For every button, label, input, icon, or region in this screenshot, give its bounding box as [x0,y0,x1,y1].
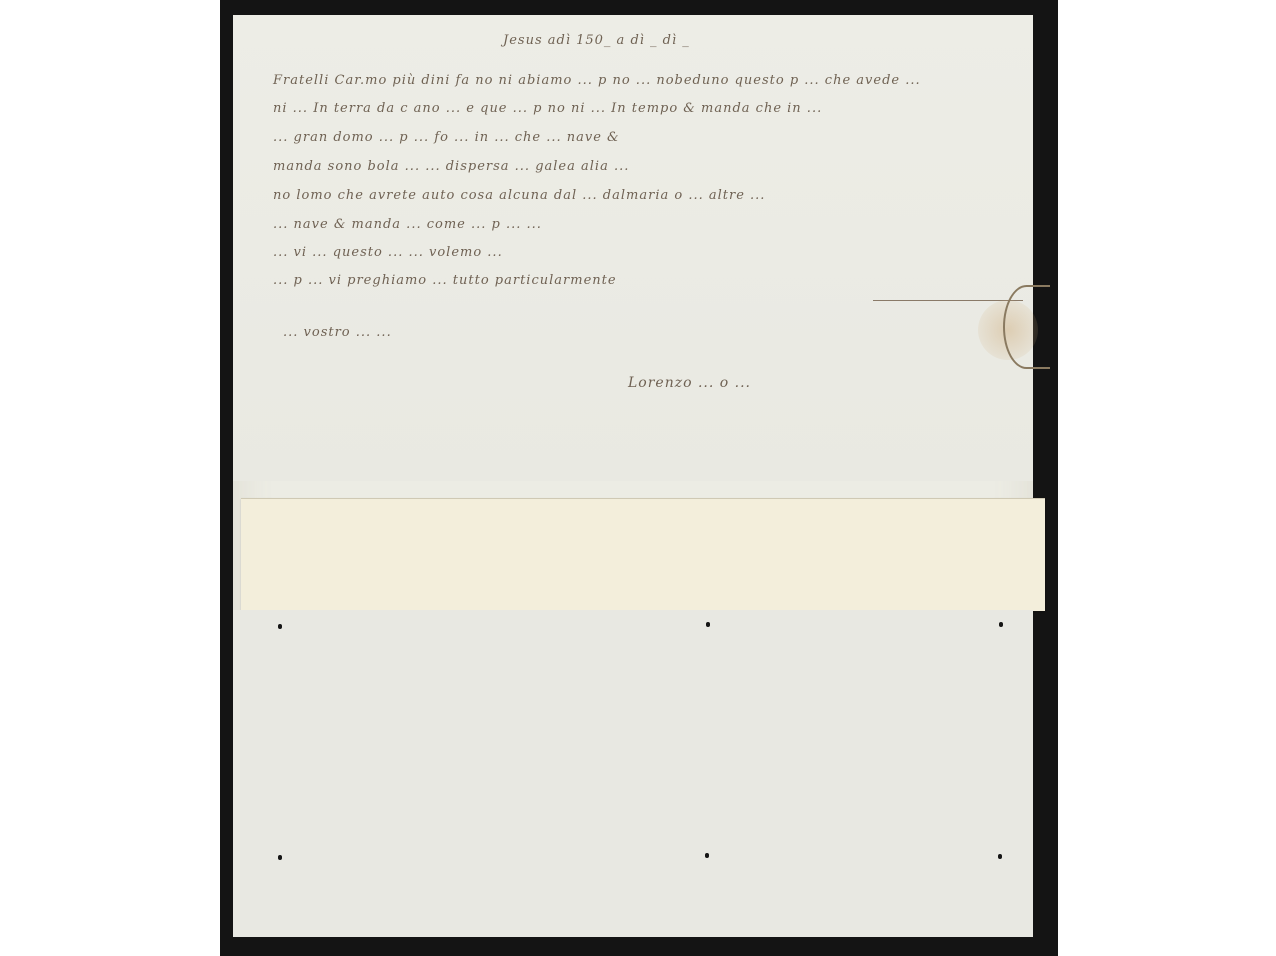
blank-section [233,610,1033,937]
signature: Lorenzo ... o ... [628,375,751,391]
wormhole [705,853,709,858]
text-line-2: ni ... In terra da c ano ... e que ... p… [273,101,822,116]
text-line-7: ... vi ... questo ... ... volemo ... [273,245,503,260]
text-line-3: ... gran domo ... p ... fo ... in ... ch… [273,130,620,145]
wormhole [706,622,710,627]
wormhole [278,624,282,629]
closing-line: ... vostro ... ... [283,325,392,340]
wormhole [999,622,1003,627]
written-section: Jesus adì 150_ a dì _ dì _ Fratelli Car.… [233,15,1033,481]
wormhole [998,854,1002,859]
folded-band [241,498,1045,611]
binding-string [1003,285,1050,369]
text-line-8: ... p ... vi preghiamo ... tutto particu… [273,273,617,288]
heading-line: Jesus adì 150_ a dì _ dì _ [503,33,690,48]
text-line-5: no lomo che avrete auto cosa alcuna dal … [273,188,765,203]
text-line-6: ... nave & manda ... come ... p ... ... [273,217,542,232]
text-line-4: manda sono bola ... ... dispersa ... gal… [273,159,629,174]
text-line-1: Fratelli Car.mo più dini fa no ni abiamo… [273,73,921,88]
wormhole [278,855,282,860]
manuscript-sheet: Jesus adì 150_ a dì _ dì _ Fratelli Car.… [233,15,1033,937]
